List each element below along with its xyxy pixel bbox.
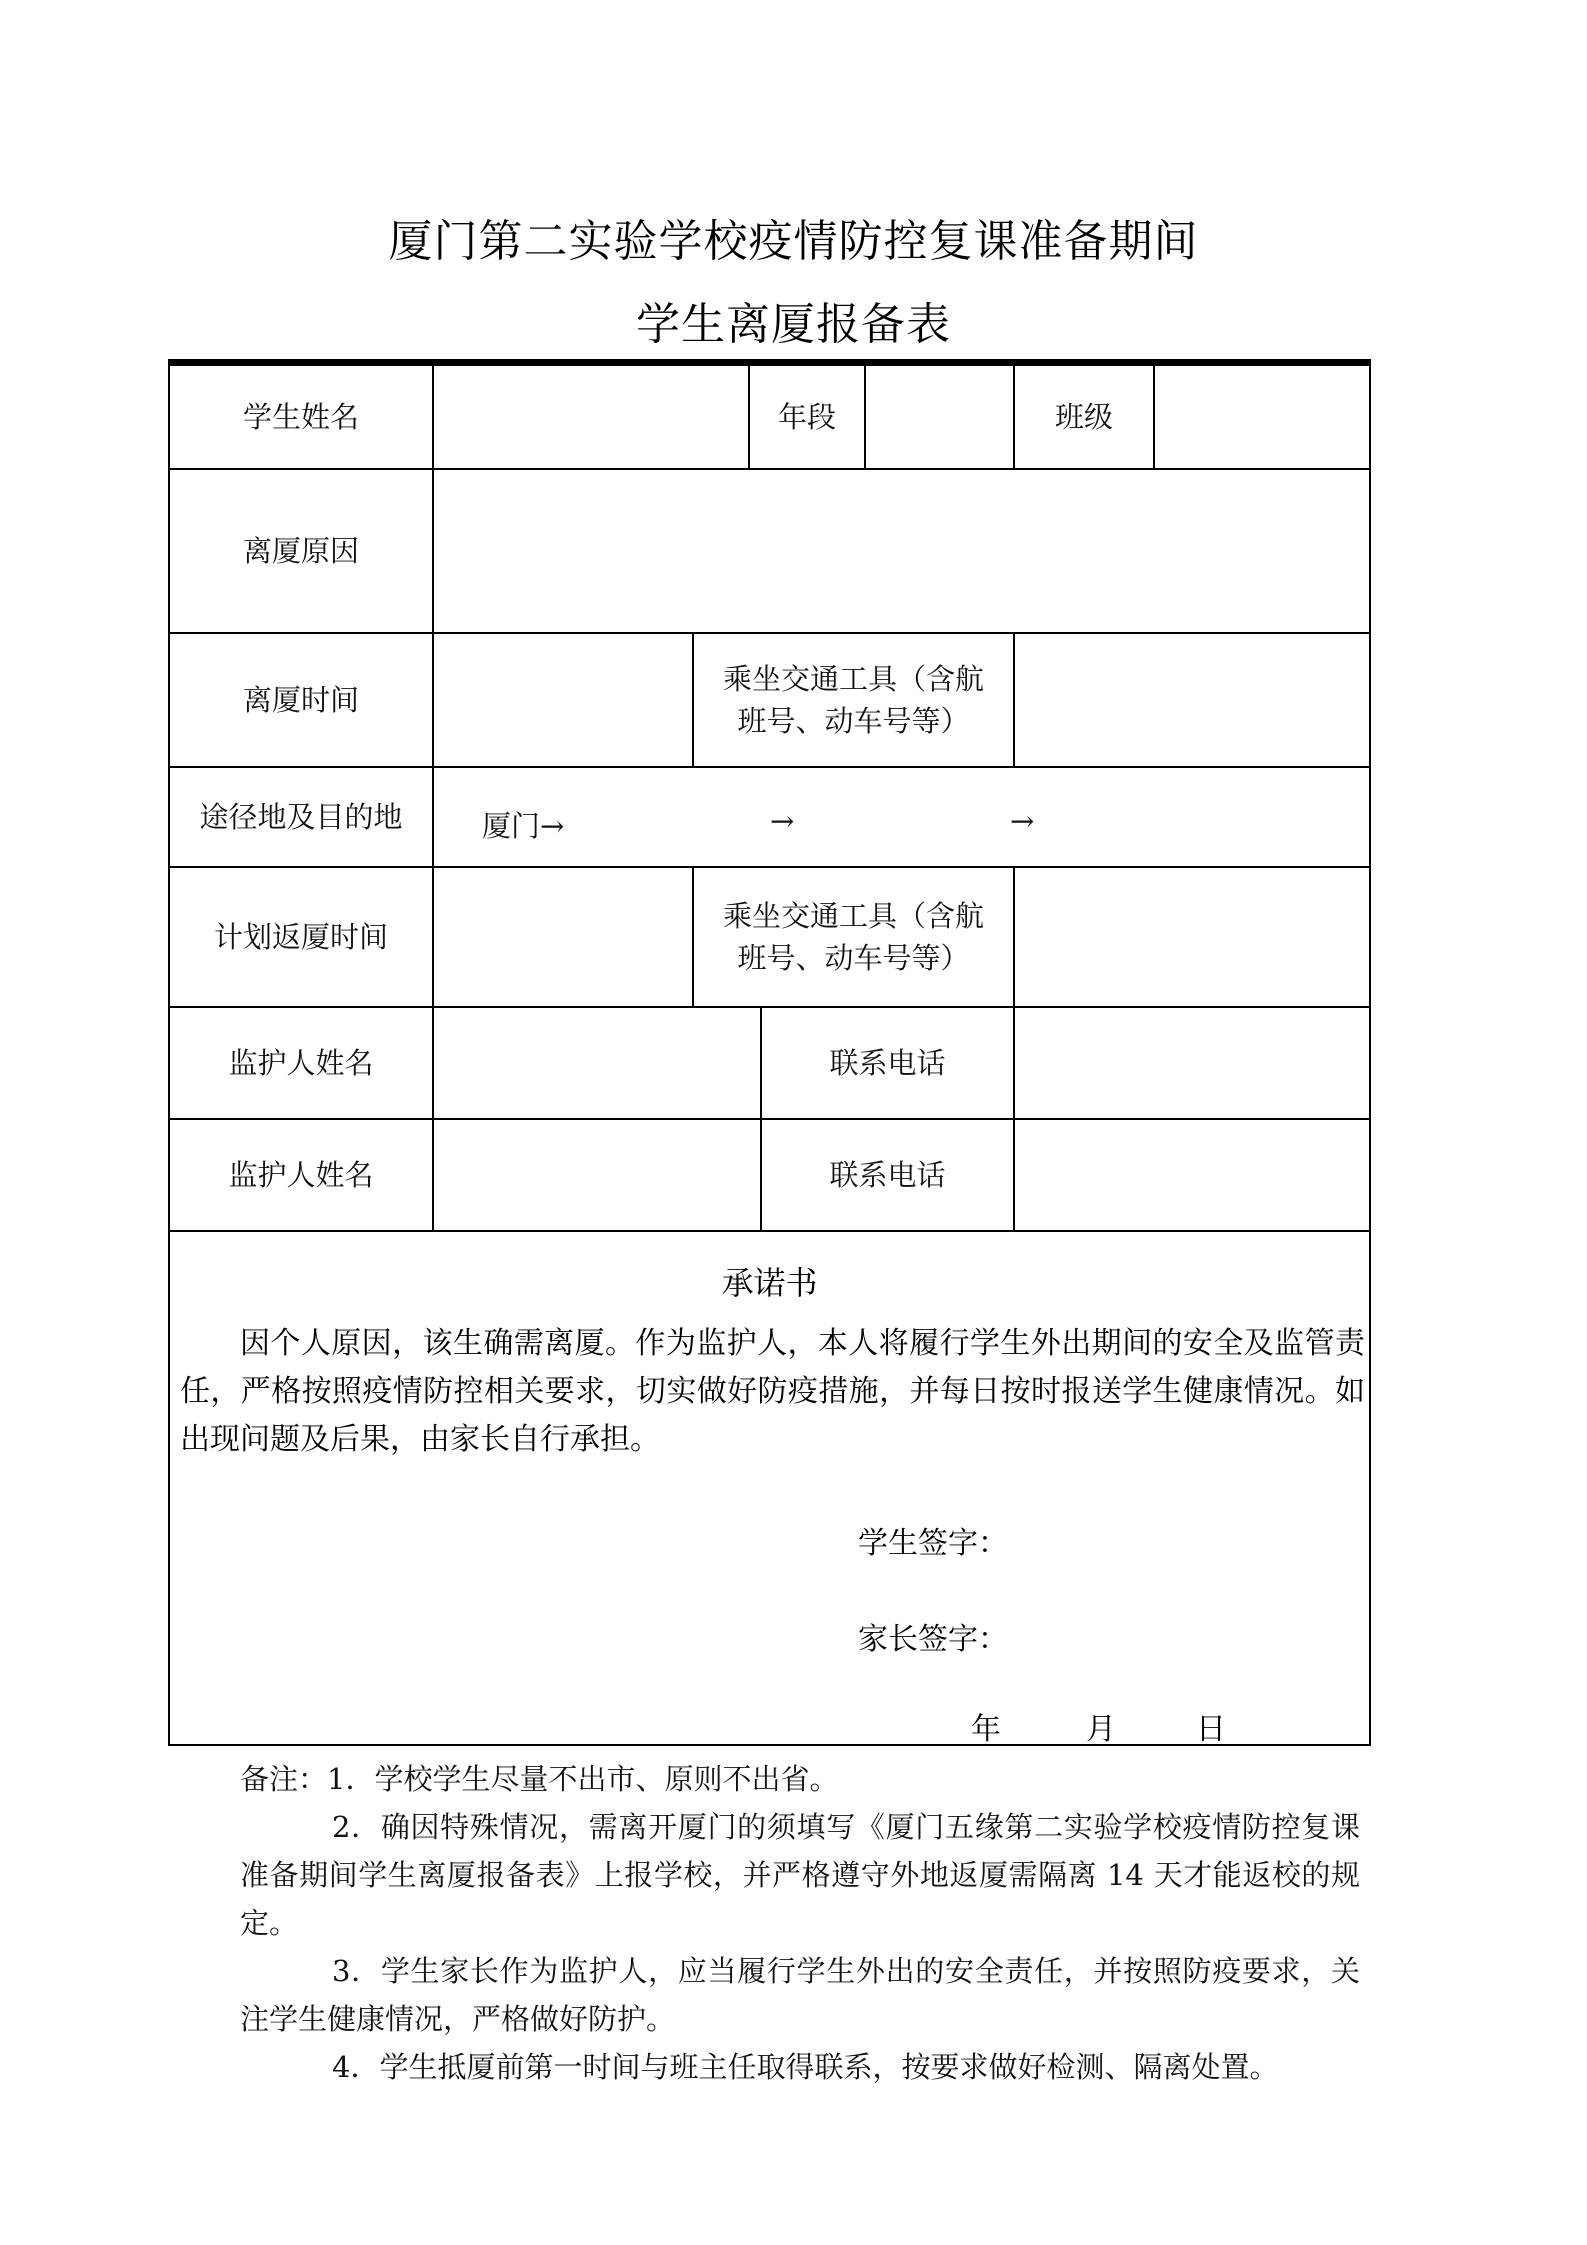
guardian1-name-field[interactable] [434, 1008, 760, 1118]
return-transport-label: 乘坐交通工具（含航 班号、动车号等） [694, 868, 1013, 1006]
planned-return-time-field[interactable] [434, 868, 692, 1006]
guardian1-phone-field[interactable] [1015, 1008, 1369, 1118]
pledge-title: 承诺书 [168, 1258, 1371, 1304]
departure-transport-label: 乘坐交通工具（含航 班号、动车号等） [694, 634, 1013, 766]
note-item-3: 3．学生家长作为监护人，应当履行学生外出的安全责任，并按照防疫要求，关注学生健康… [240, 1947, 1360, 2043]
guardian1-name-label: 监护人姓名 [170, 1008, 432, 1118]
parent-signature-field[interactable] [1010, 1614, 1350, 1654]
transport-label-line1: 乘坐交通工具（含航 [723, 658, 984, 700]
note-item-1: 备注：1．学校学生尽量不出市、原则不出省。 [240, 1755, 1360, 1803]
grade-field[interactable] [866, 366, 1013, 468]
guardian1-phone-label: 联系电话 [762, 1008, 1013, 1118]
guardian2-name-field[interactable] [434, 1120, 760, 1230]
guardian2-phone-label: 联系电话 [762, 1120, 1013, 1230]
route-stop-arrow[interactable]: → [770, 804, 794, 838]
departure-transport-field[interactable] [1015, 634, 1369, 766]
parent-signature-label: 家长签字： [858, 1614, 1008, 1658]
grade-label: 年段 [750, 366, 864, 468]
table-right-border [1369, 362, 1371, 1746]
date-year-label: 年 [971, 1704, 1001, 1748]
date-day-label: 日 [1196, 1704, 1226, 1748]
student-name-label: 学生姓名 [170, 366, 432, 468]
note-item-2: 2．确因特殊情况，需离开厦门的须填写《厦门五缘第二实验学校疫情防控复课准备期间学… [240, 1803, 1360, 1947]
table-bottom-border [168, 1744, 1371, 1746]
document-title-line2: 学生离厦报备表 [0, 288, 1587, 352]
departure-reason-field[interactable] [434, 470, 1369, 632]
row-divider [168, 1230, 1371, 1232]
transport-label-line1: 乘坐交通工具（含航 [723, 895, 984, 937]
planned-return-time-label: 计划返厦时间 [170, 868, 432, 1006]
transport-label-line2: 班号、动车号等） [737, 937, 969, 979]
route-label: 途径地及目的地 [170, 768, 432, 866]
document-title-line1: 厦门第二实验学校疫情防控复课准备期间 [0, 205, 1587, 269]
departure-time-field[interactable] [434, 634, 692, 766]
pledge-body: 因个人原因，该生确需离厦。作为监护人，本人将履行学生外出期间的安全及监管责任，严… [180, 1320, 1365, 1464]
note-item-4: 4．学生抵厦前第一时间与班主任取得联系，按要求做好检测、隔离处置。 [240, 2043, 1360, 2091]
return-transport-field[interactable] [1015, 868, 1369, 1006]
class-label: 班级 [1015, 366, 1153, 468]
guardian2-name-label: 监护人姓名 [170, 1120, 432, 1230]
student-name-field[interactable] [434, 366, 748, 468]
route-origin[interactable]: 厦门→ [482, 804, 564, 845]
transport-label-line2: 班号、动车号等） [737, 700, 969, 742]
guardian2-phone-field[interactable] [1015, 1120, 1369, 1230]
departure-time-label: 离厦时间 [170, 634, 432, 766]
notes-section: 备注：1．学校学生尽量不出市、原则不出省。 2．确因特殊情况，需离开厦门的须填写… [240, 1755, 1360, 2091]
class-field[interactable] [1155, 366, 1369, 468]
departure-reason-label: 离厦原因 [170, 470, 432, 632]
student-signature-label: 学生签字： [858, 1518, 1008, 1562]
date-month-label: 月 [1086, 1704, 1116, 1748]
student-signature-field[interactable] [1010, 1518, 1350, 1558]
route-destination-arrow[interactable]: → [1010, 804, 1034, 838]
table-top-border [168, 359, 1371, 366]
